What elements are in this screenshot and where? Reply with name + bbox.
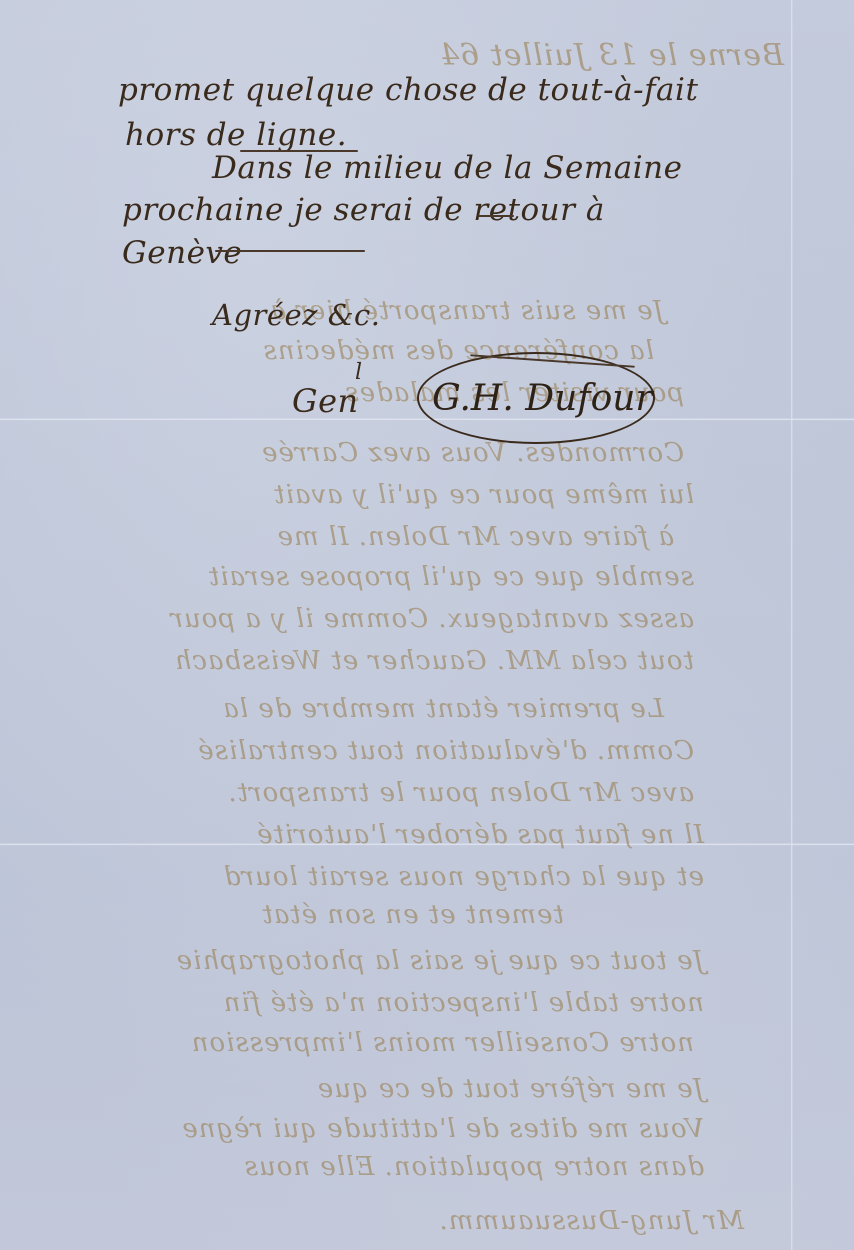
bleed-line: tement et en son état <box>261 900 564 930</box>
bleed-line: à faire avec Mr Dolen. Il me <box>277 522 674 552</box>
dash-stroke <box>478 215 514 217</box>
bleed-through-layer: Berne le 13 Juillet 64 Je me suis transp… <box>0 0 854 1250</box>
bleed-line: notre Conseiller moins l'impression <box>191 1028 694 1058</box>
horizontal-fold-line <box>0 418 854 421</box>
bleed-line: dans notre population. Elle nous <box>244 1152 704 1182</box>
letter-line-1: promet quelque chose de tout-à-fait <box>118 72 698 108</box>
bleed-line: Le premier étant membre de la <box>222 694 664 724</box>
bleed-line: Mr Jung-Dussuaumm. <box>439 1206 745 1236</box>
bleed-line: lui même pour ce qu'il y avait <box>273 480 694 510</box>
bleed-line: notre table l'inspection n'a été fin <box>223 988 704 1018</box>
horizontal-fold-line-lower <box>0 843 854 846</box>
bleed-line: Vous me dites de l'attitude qui règne <box>181 1114 704 1144</box>
signature-name: G.H. Dufour <box>432 378 653 419</box>
signature-title: Gen <box>292 382 359 420</box>
bleed-line: Je me réfère tout de ce que <box>317 1074 704 1104</box>
signature-title-superscript: l <box>355 360 362 385</box>
letter-line-4: prochaine je serai de retour à <box>122 192 605 228</box>
bleed-line: Comm. d'évaluation tout centralisé <box>197 736 694 766</box>
letter-line-5: Genève <box>122 235 242 271</box>
bleed-line: Je tout ce que je sais la photographie <box>176 946 704 976</box>
letter-page: Berne le 13 Juillet 64 Je me suis transp… <box>0 0 854 1250</box>
bleed-line: Cormondes. Vous avez Carrée <box>261 438 684 468</box>
closing-dash-stroke <box>215 250 365 252</box>
letter-line-3: Dans le milieu de la Semaine <box>212 150 682 186</box>
bleed-line: tout cela MM. Gaucher et Weissbach <box>174 646 694 676</box>
bleed-header: Berne le 13 Juillet 64 <box>439 38 784 73</box>
closing-formula: Agréez &c. <box>212 298 380 332</box>
bleed-line: assez avantageux. Comme il y a pour <box>170 604 694 634</box>
bleed-line: semble que ce qu'il propose serait <box>208 562 694 592</box>
bleed-line: et que la charge nous serait lourd <box>223 862 704 892</box>
letter-line-2: hors de ligne. <box>125 117 347 153</box>
vertical-fold-line <box>790 0 793 1250</box>
bleed-line: avec Mr Dolen pour le transport. <box>227 778 694 808</box>
